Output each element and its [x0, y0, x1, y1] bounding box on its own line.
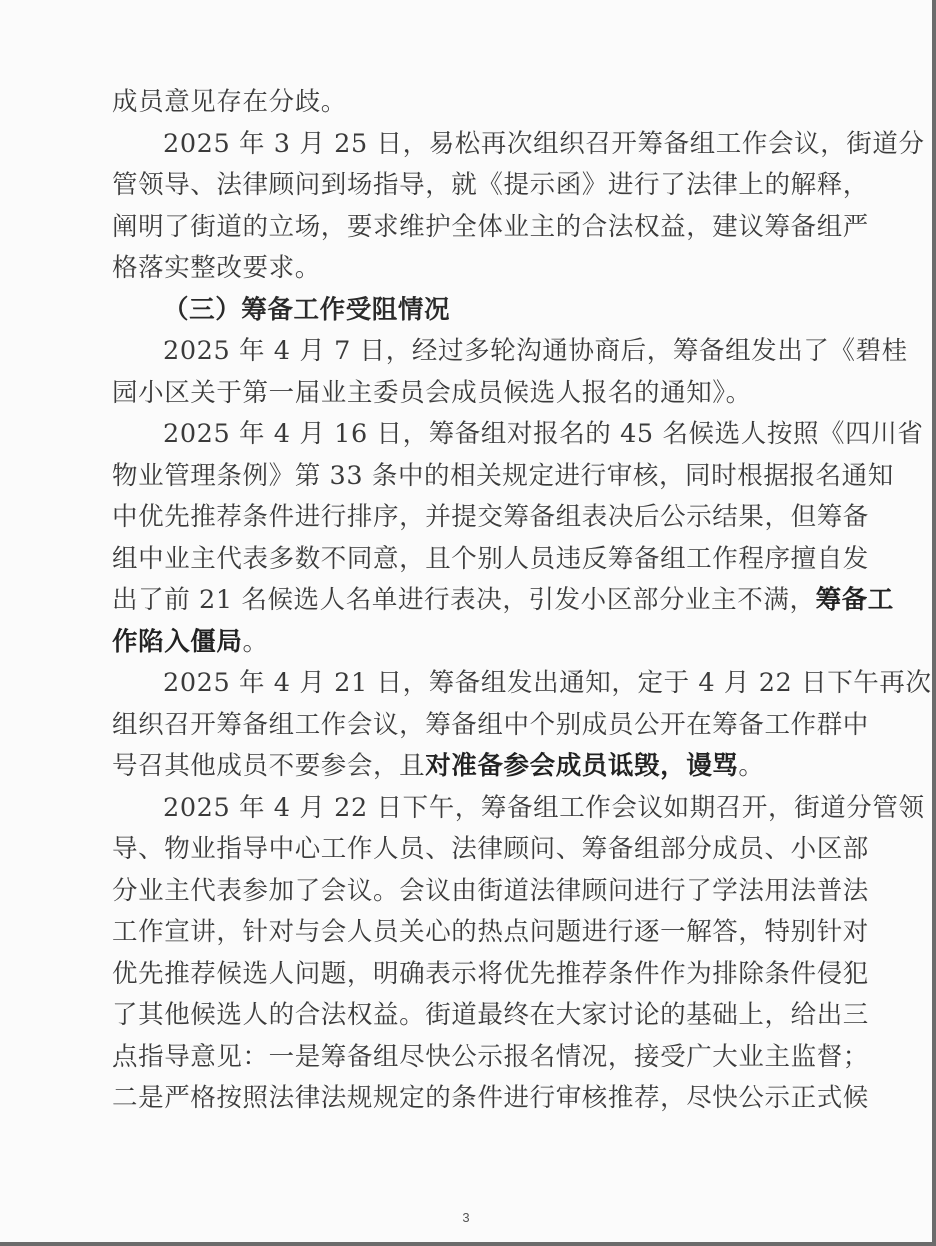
emphasis-text: 作陷入僵局 — [112, 627, 243, 657]
paragraph-start: 2025 年 4 月 21 日，筹备组发出通知，定于 4 月 22 日下午再次 — [112, 663, 852, 705]
text-line: 工作宣讲，针对与会人员关心的热点问题进行逐一解答，特别针对 — [112, 912, 852, 954]
page-number: 3 — [0, 1210, 932, 1225]
text-line: 组中业主代表多数不同意，且个别人员违反筹备组工作程序擅自发 — [112, 539, 852, 581]
text-line: 点指导意见：一是筹备组尽快公示报名情况，接受广大业主监督； — [112, 1037, 852, 1079]
text-line: 阐明了街道的立场，要求维护全体业主的合法权益，建议筹备组严 — [112, 207, 852, 249]
text-line: 号召其他成员不要参会，且对准备参会成员诋毁，谩骂。 — [112, 746, 852, 788]
text-line: 中优先推荐条件进行排序，并提交筹备组表决后公示结果，但筹备 — [112, 497, 852, 539]
plain-text: 。 — [243, 627, 269, 657]
document-page: 成员意见存在分歧。 2025 年 3 月 25 日，易松再次组织召开筹备组工作会… — [0, 0, 932, 1242]
plain-text: 号召其他成员不要参会，且 — [112, 751, 425, 781]
text-line: 组织召开筹备组工作会议，筹备组中个别成员公开在筹备工作群中 — [112, 705, 852, 747]
text-line: 物业管理条例》第 33 条中的相关规定进行审核，同时根据报名通知 — [112, 456, 852, 498]
paragraph-start: 2025 年 3 月 25 日，易松再次组织召开筹备组工作会议，街道分 — [112, 124, 852, 166]
paragraph-start: 2025 年 4 月 22 日下午，筹备组工作会议如期召开，街道分管领 — [112, 788, 852, 830]
text-line: 管领导、法律顾问到场指导，就《提示函》进行了法律上的解释， — [112, 165, 852, 207]
text-line: 导、物业指导中心工作人员、法律顾问、筹备组部分成员、小区部 — [112, 829, 852, 871]
text-line: 分业主代表参加了会议。会议由街道法律顾问进行了学法用法普法 — [112, 871, 852, 913]
text-line: 作陷入僵局。 — [112, 622, 852, 664]
text-line: 成员意见存在分歧。 — [112, 82, 852, 124]
paragraph-start: 2025 年 4 月 16 日，筹备组对报名的 45 名候选人按照《四川省 — [112, 414, 852, 456]
text-line: 了其他候选人的合法权益。街道最终在大家讨论的基础上，给出三 — [112, 995, 852, 1037]
text-line: 出了前 21 名候选人名单进行表决，引发小区部分业主不满，筹备工 — [112, 580, 852, 622]
text-line: 格落实整改要求。 — [112, 248, 852, 290]
paragraph-start: 2025 年 4 月 7 日，经过多轮沟通协商后，筹备组发出了《碧桂 — [112, 331, 852, 373]
section-heading: （三）筹备工作受阻情况 — [112, 290, 852, 332]
plain-text: 出了前 21 名候选人名单进行表决，引发小区部分业主不满， — [112, 585, 816, 615]
text-line: 优先推荐候选人问题，明确表示将优先推荐条件作为排除条件侵犯 — [112, 954, 852, 996]
emphasis-text: 筹备工 — [816, 585, 894, 615]
plain-text: 。 — [738, 751, 764, 781]
document-body: 成员意见存在分歧。 2025 年 3 月 25 日，易松再次组织召开筹备组工作会… — [112, 82, 852, 1120]
text-line: 园小区关于第一届业主委员会成员候选人报名的通知》。 — [112, 373, 852, 415]
text-line: 二是严格按照法律法规规定的条件进行审核推荐，尽快公示正式候 — [112, 1078, 852, 1120]
emphasis-text: 对准备参会成员诋毁，谩骂 — [425, 751, 738, 781]
